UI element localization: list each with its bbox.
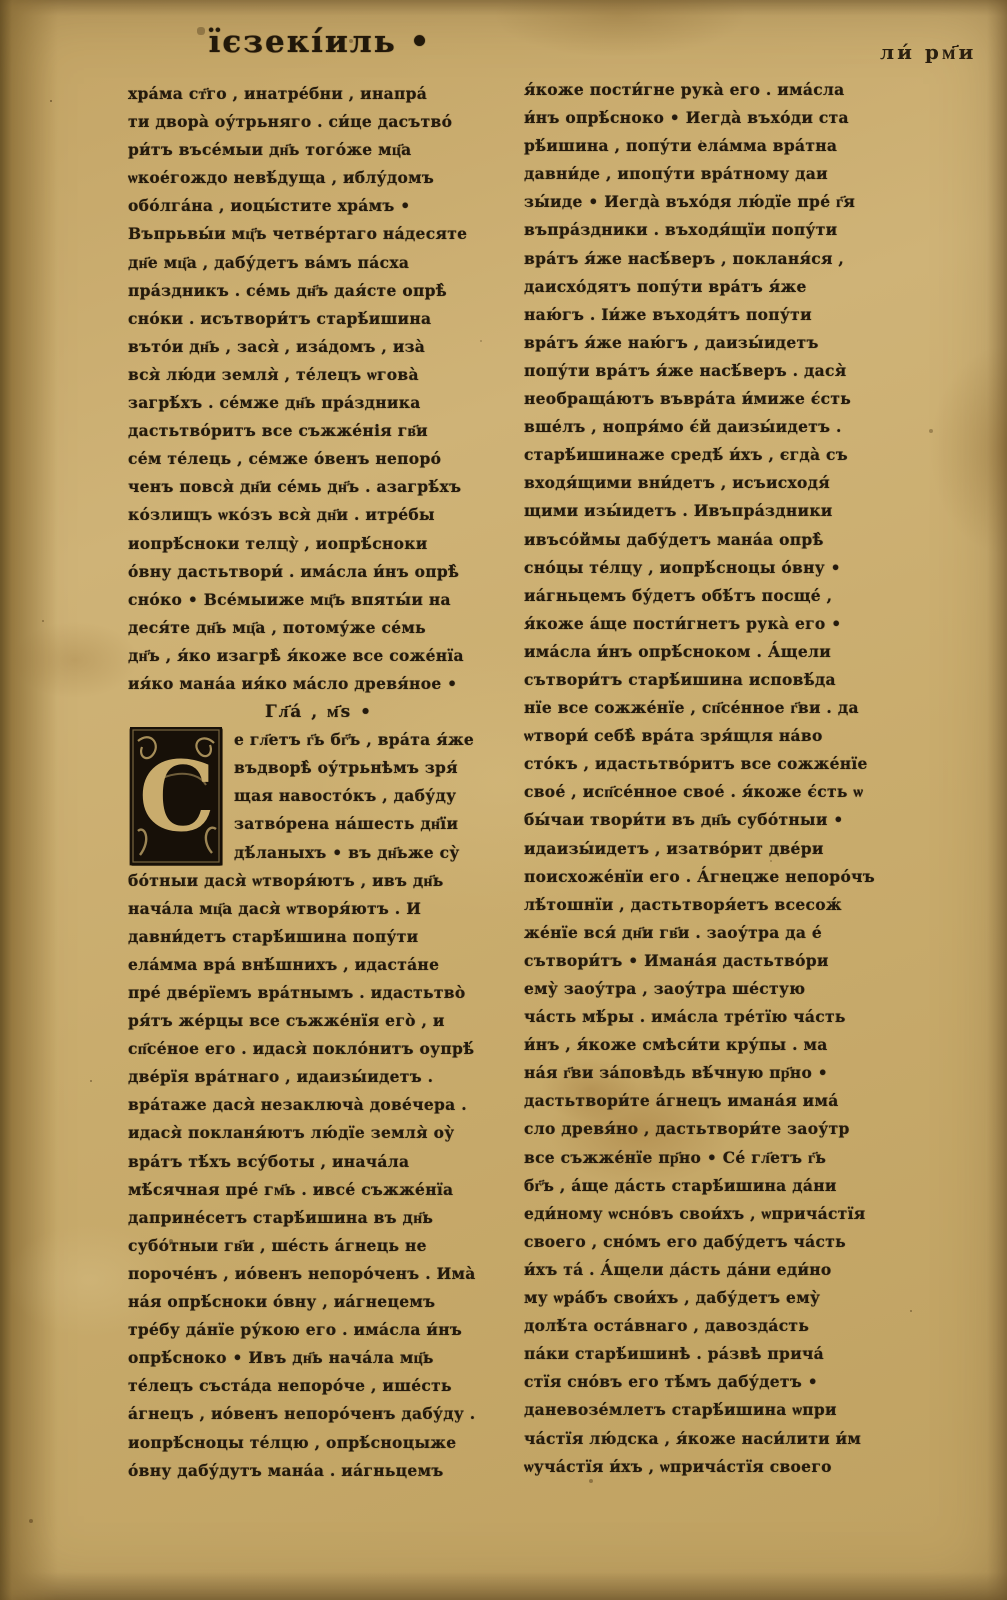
text-line: ча́стїя лю́дска , я́коже наси́лити и́м xyxy=(524,1425,924,1453)
left-column-part2: бо́тныи дася̀ ѡтворя́ютъ , ивъ дн҃ьнача́… xyxy=(128,867,510,1485)
text-line: стїя сно́въ его тѣ́мъ дабу́детъ • xyxy=(524,1368,924,1396)
text-line: дастьтвори́те а́гнецъ имана́я има́ xyxy=(524,1087,924,1115)
text-line: въпра́здники . въходя́щїи попу́ти xyxy=(524,216,924,244)
initial-letter-woodcut: С xyxy=(130,727,222,865)
text-line: и́нъ опрѣ́сноко • Иегда̀ въхо́ди ста xyxy=(524,104,924,132)
text-line: необраща́ютъ въвра́та и́миже є́сть xyxy=(524,385,924,413)
text-line: ела́мма вра́ внѣ́шнихъ , идаста́не xyxy=(128,951,510,979)
text-line: вра́тъ тѣ́хъ всу́боты , инача́ла xyxy=(128,1148,510,1176)
running-head-title: їєзекі́иль • xyxy=(0,24,640,60)
text-line: же́нїе вся́ дн҃и гв҃и . заоу́тра да е́ xyxy=(524,919,924,947)
text-line: мѣ́сячная пре́ гм҃ь . ивсе́ съжже́нїа xyxy=(128,1176,510,1204)
text-line: ему̀ заоу́тра , заоу́тра ше́стую xyxy=(524,975,924,1003)
folio-number: ли́ рм҃и xyxy=(880,40,990,65)
text-line: обо́лга́на , иоцы́стите хра́мъ • xyxy=(128,192,510,220)
text-line: сло древя́но , дастьтвори́те заоу́тр xyxy=(524,1115,924,1143)
text-line: вра́таже дася̀ незаключа̀ дове́чера . xyxy=(128,1091,510,1119)
text-line: о́вну дабу́дутъ мана́а . иа́гньцемъ xyxy=(128,1457,510,1485)
initial-letter: С xyxy=(139,740,215,853)
text-line: и́нъ , я́коже смѣси́ти кру́пы . ма xyxy=(524,1031,924,1059)
text-line: свое́ , исп҃се́нное свое́ . я́коже є́сть… xyxy=(524,778,924,806)
text-line: тре́бу да́нїе ру́кою его . има́сла и́нъ xyxy=(128,1316,510,1344)
text-line: я́коже а́ще пости́гнетъ рука̀ его • xyxy=(524,610,924,638)
text-line: пре́ две́рїемъ вра́тнымъ . идастьтво̀ xyxy=(128,979,510,1007)
right-text-column: я́коже пости́гне рука̀ его . има́слаи́нъ… xyxy=(524,76,924,1481)
text-line: Въпрьвы́и мц҃ъ четве́ртаго на́десяте xyxy=(128,220,510,248)
text-line: ѡуча́стїя и́хъ , ѡприча́стїя своего xyxy=(524,1453,924,1481)
text-line: пра́здникъ . се́мь дн҃ъ дая́сте опрѣ̀ xyxy=(128,277,510,305)
text-line: наю́гъ . Іи́же въходя́тъ попу́ти xyxy=(524,301,924,329)
text-line: я́коже пости́гне рука̀ его . има́сла xyxy=(524,76,924,104)
text-line: нїе все сожже́нїе , сп҃се́нное г҃ви . да xyxy=(524,694,924,722)
text-line: ти двора̀ оу́трьняго . си́це дасътво́ xyxy=(128,108,510,136)
text-line: сътвори́тъ • Имана́я дастьтво́ри xyxy=(524,947,924,975)
text-line: сто́къ , идастьтво́ритъ все сожже́нїе xyxy=(524,750,924,778)
text-line: загрѣ́хъ . се́мже дн҃ь пра́здника xyxy=(128,389,510,417)
text-line: даневозе́млетъ старѣ́ишина ѡпри xyxy=(524,1396,924,1424)
text-line: хра́ма ст҃го , инатре́бни , инапра́ xyxy=(128,80,510,108)
text-line: иопрѣ́сноки телцу̀ , иопрѣ́сноки xyxy=(128,530,510,558)
right-column-lines: я́коже пости́гне рука̀ его . има́слаи́нъ… xyxy=(524,76,924,1481)
text-line: вра́тъ я́же наю́гъ , даизы́идетъ xyxy=(524,329,924,357)
text-line: ко́злищъ ѡко́зъ вся̀ дн҃и . итре́бы xyxy=(128,501,510,529)
text-line: рѣ́ишина , попу́ти ела́мма вра́тна xyxy=(524,132,924,160)
text-line: на́я опрѣ́сноки о́вну , иа́гнецемъ xyxy=(128,1288,510,1316)
text-line: ченъ повся̀ дн҃и се́мь дн҃ъ . азагрѣ́хъ xyxy=(128,473,510,501)
text-line: субо́тныи гв҃и , ше́сть а́гнець не xyxy=(128,1232,510,1260)
text-line: еди́ному ѡсно́въ свои́хъ , ѡприча́стїя xyxy=(524,1200,924,1228)
text-line: и́хъ та́ . А́щели да́сть да́ни еди́но xyxy=(524,1256,924,1284)
text-line: ча́сть мѣ́ры . има́сла тре́тїю ча́сть xyxy=(524,1003,924,1031)
text-line: дн҃ъ , я́ко изагрѣ̀ я́коже все соже́нїа xyxy=(128,642,510,670)
text-line: своего , сно́мъ его дабу́детъ ча́сть xyxy=(524,1228,924,1256)
text-line: ри́тъ въсе́мыи дн҃ь того́же мц҃а xyxy=(128,136,510,164)
text-line: идася̀ покланя́ютъ лю́дїе земля̀ оу̀ xyxy=(128,1119,510,1147)
text-line: на́я г҃ви за́повѣдь вѣ́чную пр҃но • xyxy=(524,1059,924,1087)
text-line: сп҃се́ное его . идася̀ покло́нитъ оупрѣ́ xyxy=(128,1035,510,1063)
text-line: сно́цы те́лцу , иопрѣ́сноцы о́вну • xyxy=(524,554,924,582)
text-line: иопрѣ́сноцы те́лцю , опрѣ́сноцыже xyxy=(128,1429,510,1457)
text-line: деся́те дн҃ь мц҃а , потому́же се́мь xyxy=(128,614,510,642)
text-line: бг҃ъ , а́ще да́сть старѣ́ишина да́ни xyxy=(524,1172,924,1200)
text-line: а́гнецъ , ио́венъ непоро́ченъ дабу́ду . xyxy=(128,1400,510,1428)
text-line: сно́ки . исътвори́тъ старѣ́ишина xyxy=(128,305,510,333)
text-line: идаизы́идетъ , изатво́рит две́ри xyxy=(524,835,924,863)
text-line: вра́тъ я́же насѣ́веръ , покланя́ся , xyxy=(524,245,924,273)
text-line: бы́чаи твори́ти въ дн҃ь субо́тныи • xyxy=(524,806,924,834)
text-line: те́лецъ съста́да непоро́че , ише́сть xyxy=(128,1372,510,1400)
text-line: опрѣ́сноко • Ивъ дн҃ь нача́ла мц҃ь xyxy=(128,1344,510,1372)
text-line: две́рїя вра́тнаго , идаизы́идетъ . xyxy=(128,1063,510,1091)
text-line: сътвори́тъ старѣ́ишина исповѣ́да xyxy=(524,666,924,694)
text-line: се́м те́лець , се́мже о́венъ непоро́ xyxy=(128,445,510,473)
text-line: зы́иде • Иегда̀ въхо́дя лю́дїе пре́ г҃я xyxy=(524,188,924,216)
text-line: пороче́нъ , ио́венъ непоро́ченъ . Има̀ xyxy=(128,1260,510,1288)
text-line: долѣ́та оста́внаго , давозда́сть xyxy=(524,1312,924,1340)
text-line: ѡтвори́ себѣ̀ вра́та зря́щля на́во xyxy=(524,722,924,750)
left-column-part1: хра́ма ст҃го , инатре́бни , инапра́ти дв… xyxy=(128,80,510,698)
text-line: му ѡра́бъ свои́хъ , дабу́детъ ему̀ xyxy=(524,1284,924,1312)
text-line: даприне́сетъ старѣ́ишина въ дн҃ь xyxy=(128,1204,510,1232)
text-line: ия́ко мана́а ия́ко ма́сло древя́ное • xyxy=(128,670,510,698)
text-line: старѣ́ишинаже средѣ́ и́хъ , єгда̀ съ xyxy=(524,441,924,469)
text-line: па́ки старѣ́ишинѣ . ра́звѣ прича́ xyxy=(524,1340,924,1368)
woodcut-ornament: С xyxy=(130,727,222,865)
text-line: о́вну дастьтвори́ . има́сла и́нъ опрѣ̀ xyxy=(128,558,510,586)
text-line: сно́ко • Все́мыиже мц҃ъ впяты́и на xyxy=(128,586,510,614)
text-line: все съжже́нїе пр҃но • Се́ гл҃етъ г҃ь xyxy=(524,1144,924,1172)
book-page-scan: { "colors": { "paper": "#c9ac6d", "ink":… xyxy=(0,0,1007,1600)
paper-specks xyxy=(50,100,52,102)
text-line: даисхо́дятъ попу́ти вра́тъ я́же xyxy=(524,273,924,301)
text-line: ря́тъ же́рцы все съжже́нїя его̀ , и xyxy=(128,1007,510,1035)
left-text-column: хра́ма ст҃го , инатре́бни , инапра́ти дв… xyxy=(128,80,510,1485)
text-line: ивъсо́ймы дабу́детъ мана́а опрѣ̀ xyxy=(524,526,924,554)
text-line: бо́тныи дася̀ ѡтворя́ютъ , ивъ дн҃ь xyxy=(128,867,510,895)
chapter-heading: Гл҃а́ , м҃ѕ • xyxy=(128,698,510,726)
text-line: лѣ́тошнїи , дастьтворя́етъ всесож́ xyxy=(524,891,924,919)
text-line: попу́ти вра́тъ я́же насѣ́веръ . дася̀ xyxy=(524,357,924,385)
text-line: има́сла и́нъ опрѣ́сноком . А́щели xyxy=(524,638,924,666)
text-line: вше́лъ , нопря́мо є́й даизы́идетъ . xyxy=(524,413,924,441)
text-line: поисхоже́нїи его . А́гнецже непоро́чъ xyxy=(524,863,924,891)
text-line: давни́де , ипопу́ти вра́тному даи xyxy=(524,160,924,188)
text-line: давни́детъ старѣ́ишина попу́ти xyxy=(128,923,510,951)
text-line: вся̀ лю́ди земля̀ , те́лецъ ѡгова̀ xyxy=(128,361,510,389)
text-line: нача́ла мц҃а дася̀ ѡтворя́ютъ . И xyxy=(128,895,510,923)
text-line: дн҃е мц҃а , дабу́детъ ва́мъ па́сха xyxy=(128,249,510,277)
text-line: входя́щими вни́детъ , исъисходя́ xyxy=(524,469,924,497)
text-line: ѡкое́гождо невѣ́дуща , иблу́домъ xyxy=(128,164,510,192)
text-line: щими изы́идетъ . Ивъпра́здники xyxy=(524,497,924,525)
text-line: дастьтво́ритъ все съжже́нія гв҃и xyxy=(128,417,510,445)
text-line: иа́гньцемъ бу́детъ обѣ́тъ посще́ , xyxy=(524,582,924,610)
text-line: въто́и дн҃ь , зася̀ , иза́домъ , иза̀ xyxy=(128,333,510,361)
